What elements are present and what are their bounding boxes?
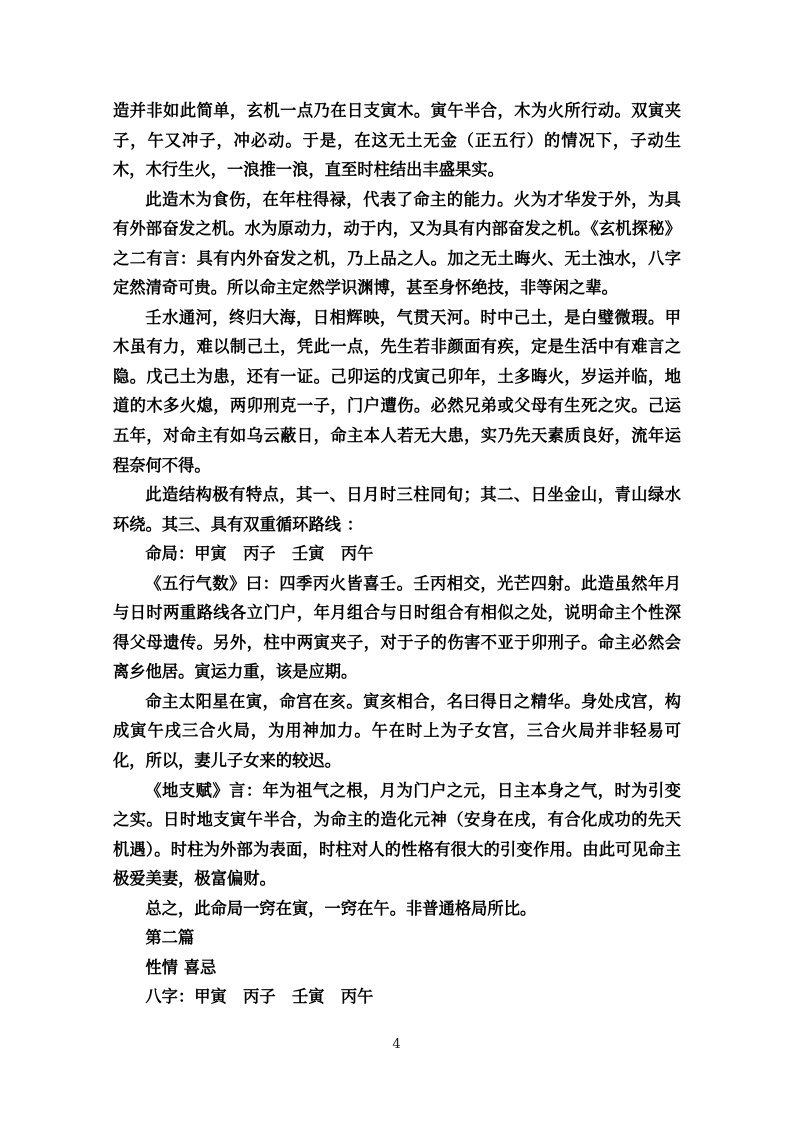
document-page: 造并非如此简单，玄机一点乃在日支寅木。寅午半合，木为火所行动。双寅夹子，午又冲子… xyxy=(0,0,793,1122)
section-heading: 第二篇 xyxy=(113,923,681,953)
text-block: 造并非如此简单，玄机一点乃在日支寅木。寅午半合，木为火所行动。双寅夹子，午又冲子… xyxy=(113,96,681,1012)
subsection-heading: 性情 喜忌 xyxy=(113,953,681,983)
paragraph: 此造木为食伤，在年柱得禄，代表了命主的能力。火为才华发于外，为具有外部奋发之机。… xyxy=(113,185,681,303)
paragraph: 此造结构极有特点，其一、日月时三柱同旬；其二、日坐金山，青山绿水环绕。其三、具有… xyxy=(113,480,681,539)
summary-line: 总之，此命局一窍在寅，一窍在午。非普通格局所比。 xyxy=(113,894,681,924)
paragraph: 《五行气数》曰：四季丙火皆喜壬。壬丙相交，光芒四射。此造虽然年月与日时两重路线各… xyxy=(113,569,681,687)
page-number: 4 xyxy=(0,1037,793,1052)
paragraph: 《地支赋》言：年为祖气之根，月为门户之元，日主本身之气，时为引变之实。日时地支寅… xyxy=(113,776,681,894)
paragraph: 命主太阳星在寅，命宫在亥。寅亥相合，名曰得日之精华。身处戌宫，构成寅午戌三合火局… xyxy=(113,687,681,776)
mingju-line: 命局：甲寅 丙子 壬寅 丙午 xyxy=(113,539,681,569)
bazi-line: 八字：甲寅 丙子 壬寅 丙午 xyxy=(113,982,681,1012)
paragraph-continuation: 造并非如此简单，玄机一点乃在日支寅木。寅午半合，木为火所行动。双寅夹子，午又冲子… xyxy=(113,96,681,185)
paragraph: 壬水通河，终归大海，日相辉映，气贯天河。时中己土，是白璧微瑕。甲木虽有力，难以制… xyxy=(113,303,681,480)
